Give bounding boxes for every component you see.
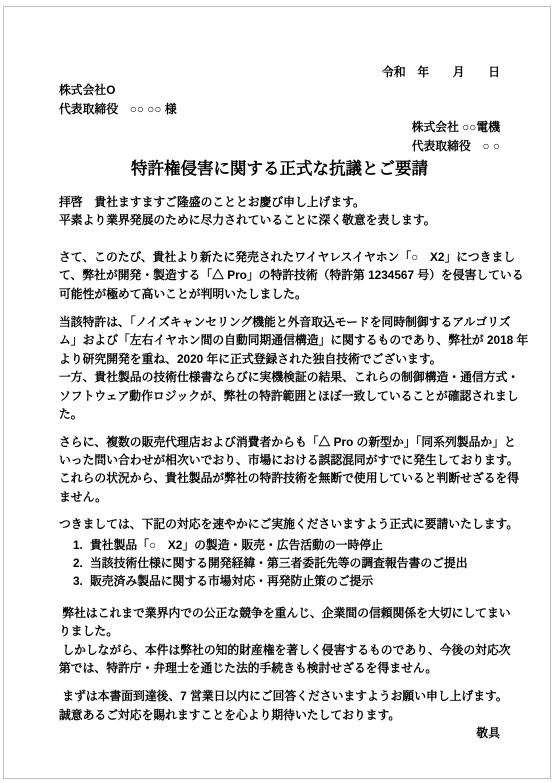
letter-content: 令和 年 月 日 株式会社O 代表取締役 ○○ ○○ 様 株式会社 ○○電機 代… (4, 7, 550, 743)
paragraph-company-stance: 弊社はこれまで業界内での公正な競争を重んじ、企業間の信頼関係を大切にしてまい り… (59, 604, 500, 678)
recipient-company: 株式会社O (59, 81, 500, 99)
sender-company: 株式会社 ○○電機 (412, 118, 500, 136)
request-item-1: 1.貴社製品「○ X2」の製造・販売・広告活動の一時停止 (73, 536, 500, 554)
paragraph-market-confusion: さらに、複数の販売代理店および消費者からも「△ Pro の新型か」「同系列製品か… (59, 433, 500, 507)
request-text: 当該技術仕様に関する開発経緯・第三者委託先等の調査報告書のご提出 (90, 554, 468, 572)
request-item-2: 2.当該技術仕様に関する開発経緯・第三者委託先等の調査報告書のご提出 (73, 554, 500, 572)
paragraph-reply-deadline: まずは本書面到達後、7 営業日以内にご回答くださいますようお願い申し上げます。 … (59, 687, 500, 724)
request-number: 3. (73, 572, 90, 590)
document-page: 令和 年 月 日 株式会社O 代表取締役 ○○ ○○ 様 株式会社 ○○電機 代… (0, 0, 554, 783)
request-text: 貴社製品「○ X2」の製造・販売・広告活動の一時停止 (90, 536, 383, 554)
letter-title: 特許権侵害に関する正式な抗議とご要請 (59, 157, 500, 181)
sender-person: 代表取締役 ○ ○ (412, 137, 500, 155)
paragraph-patent-details: 当該特許は、「ノイズキャンセリング機能と外音取込モードを同時制御するアルゴリズ … (59, 313, 500, 423)
paragraph-intro: さて、このたび、貴社より新たに発売されたワイヤレスイヤホン「○ X2」につきまし… (59, 248, 500, 303)
paragraph-greeting: 拝啓 貴社ますますご隆盛のこととお慶び申し上げます。 平素より業界発展のために尽… (59, 193, 500, 230)
recipient-person: 代表取締役 ○○ ○○ 様 (59, 100, 500, 118)
closing-keigu: 敬具 (59, 724, 500, 742)
recipient-block: 株式会社O 代表取締役 ○○ ○○ 様 (59, 81, 500, 118)
request-item-3: 3.販売済み製品に関する市場対応・再発防止策のご提示 (73, 572, 500, 590)
paragraph-request-lead: つきましては、下記の対応を速やかにご実施くださいますよう正式に要請いたします。 (59, 515, 500, 533)
date-line: 令和 年 月 日 (59, 63, 500, 81)
request-number: 1. (73, 536, 90, 554)
request-list: 1.貴社製品「○ X2」の製造・販売・広告活動の一時停止 2.当該技術仕様に関す… (59, 536, 500, 591)
page-border-sheet: 令和 年 月 日 株式会社O 代表取締役 ○○ ○○ 様 株式会社 ○○電機 代… (3, 6, 551, 779)
sender-block: 株式会社 ○○電機 代表取締役 ○ ○ (412, 118, 500, 155)
request-text: 販売済み製品に関する市場対応・再発防止策のご提示 (90, 572, 373, 590)
request-number: 2. (73, 554, 90, 572)
